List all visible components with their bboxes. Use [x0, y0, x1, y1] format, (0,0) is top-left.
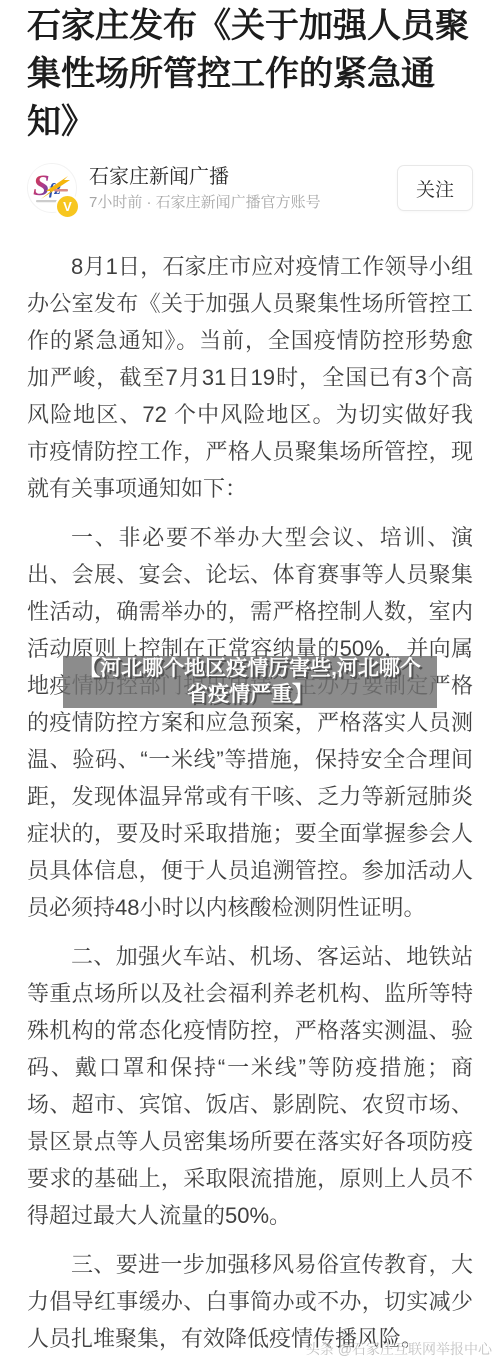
- article-title: 石家庄发布《关于加强人员聚集性场所管控工作的紧急通知》: [27, 0, 473, 146]
- publish-time-and-account-meta: 7小时前 · 石家庄新闻广播官方账号: [89, 193, 397, 212]
- article-page: 石家庄发布《关于加强人员聚集性场所管控工作的紧急通知》 S fz: [0, 0, 500, 1357]
- publisher-avatar[interactable]: S fz V: [27, 163, 77, 213]
- verified-badge-icon: V: [55, 194, 80, 219]
- toutiao-source-watermark: 头条 @石家庄互联网举报中心: [306, 1340, 492, 1358]
- author-info: 石家庄新闻广播 7小时前 · 石家庄新闻广播官方账号: [89, 165, 397, 212]
- paragraph-item-1: 一、非必要不举办大型会议、培训、演出、会展、宴会、论坛、体育赛事等人员聚集性活动…: [27, 519, 473, 926]
- author-row: S fz V 石家庄新闻广播 7小时前 · 石家庄新闻广播官方账号 关注: [27, 162, 473, 214]
- article-body: 8月1日，石家庄市应对疫情工作领导小组办公室发布《关于加强人员聚集性场所管控工作…: [27, 248, 473, 1357]
- paragraph-intro: 8月1日，石家庄市应对疫情工作领导小组办公室发布《关于加强人员聚集性场所管控工作…: [27, 248, 473, 507]
- follow-button[interactable]: 关注: [397, 165, 473, 211]
- publisher-name[interactable]: 石家庄新闻广播: [89, 165, 397, 189]
- article-screen: 石家庄发布《关于加强人员聚集性场所管控工作的紧急通知》 S fz: [0, 0, 500, 1365]
- svg-text:S: S: [33, 169, 50, 202]
- paragraph-item-2: 二、加强火车站、机场、客运站、地铁站等重点场所以及社会福利养老机构、监所等特殊机…: [27, 938, 473, 1234]
